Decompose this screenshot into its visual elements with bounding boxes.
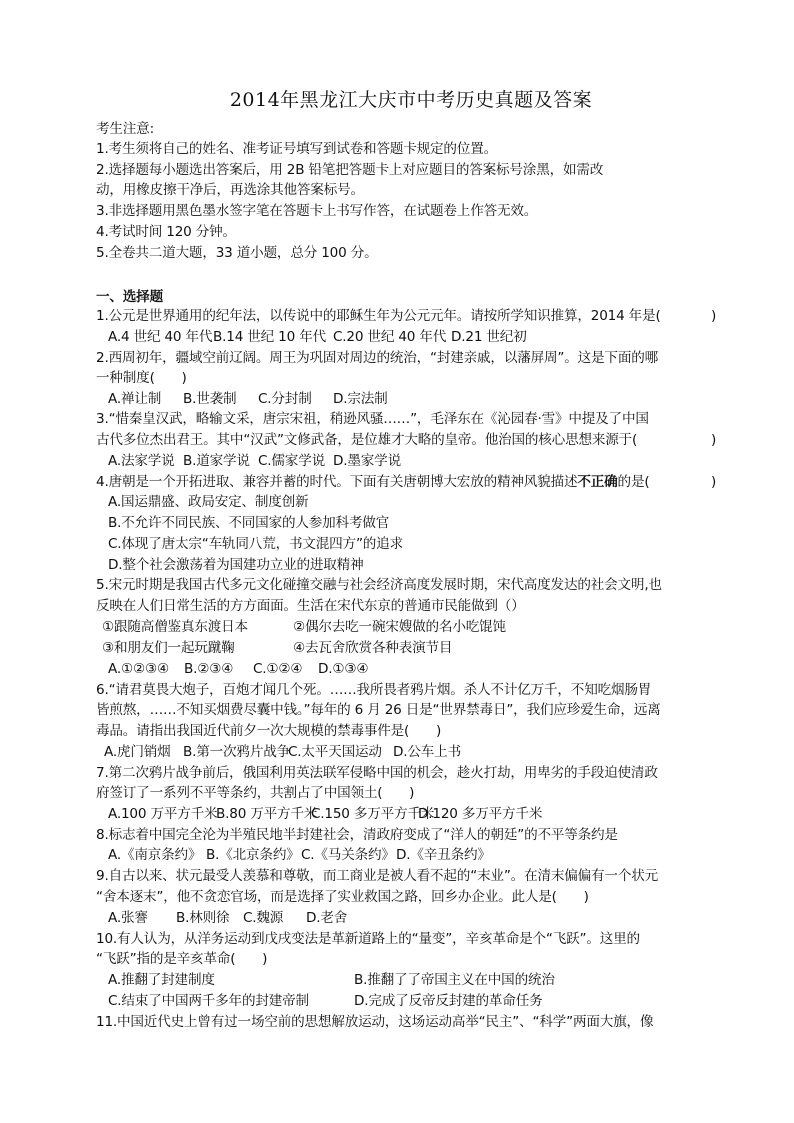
question-2-line: 2.西周初年，疆域空前辽阔。周王为巩固对周边的统治，“封建亲戚，以藩屏周”。这是… [96,348,658,368]
question-6-line: 毒品。请指出我国近代前夕一次大规模的禁毒事件是( ) [96,721,441,741]
question-10-line: “飞跃”指的是辛亥革命( ) [96,949,267,969]
document-title: 2014年黑龙江大庆市中考历史真题及答案 [96,88,726,112]
option-a: A.①②③④ [108,659,169,679]
option-d: D.墨家学说 [333,451,401,471]
question-text: 1.公元是世界通用的纪年法，以传说中的耶稣生年为公元元年。请按所学知识推算，20… [96,308,661,324]
emphasis-not-correct: 不正确 [577,474,617,490]
option-c: C.20 世纪 40 年代 [333,327,446,347]
option-c: C.太平天国运动 [288,742,382,762]
statement-3: ③和朋友们一起玩蹴鞠 [102,638,235,658]
option-a: A.禅让制 [108,389,161,409]
notice-item: 2.选择题每小题选出答案后，用 2B 铅笔把答题卡上对应题目的答案标号涂黑，如需… [96,160,603,180]
question-text: 4.唐朝是一个开拓进取、兼容并蓄的时代。下面有关唐朝博大宏放的精神风貌描述 [96,474,577,490]
option-b: B.《北京条约》 [206,845,300,865]
option-b: B.②③④ [184,659,233,679]
option-b: B.第一次鸦片战争 [183,742,290,762]
question-2-line: 一种制度( ) [96,368,187,388]
notice-item: 3.非选择题用黑色墨水签字笔在答题卡上书写作答，在试题卷上作答无效。 [96,201,537,221]
option-a: A.4 世纪 40 年代 [108,327,212,347]
option-b: B.推翻了了帝国主义在中国的统治 [354,970,555,990]
option-a: A.张謇 [108,908,148,928]
answer-paren: ) [711,306,716,326]
option-a: A.国运鼎盛、政局安定、制度创新 [108,492,309,512]
notice-item: 5.全卷共二道大题，33 道小题，总分 100 分。 [96,243,377,263]
option-a: A.推翻了封建制度 [108,970,215,990]
option-b: B.14 世纪 10 年代 [213,327,326,347]
option-b: B.世袭制 [183,389,236,409]
option-c: C.结束了中国两千多年的封建帝制 [108,991,309,1011]
answer-paren: ) [711,472,716,492]
option-a: A.虎门销烟 [104,742,171,762]
option-c: C.150 多万平方千米 [311,804,434,824]
option-d: D.老舍 [306,908,347,928]
option-d: D.120 多万平方千米 [418,804,542,824]
question-text: 古代多位杰出君王。其中“汉武”文修武备，是位雄才大略的皇帝。他治国的核心思想来源… [96,432,637,448]
question-10-line: 10.有人认为，从洋务运动到戊戌变法是革新道路上的“量变”，辛亥革命是个“飞跃”… [96,929,640,949]
statement-1: ①跟随高僧鉴真东渡日本 [102,617,248,637]
question-4: 4.唐朝是一个开拓进取、兼容并蓄的时代。下面有关唐朝博大宏放的精神风貌描述不正确… [96,472,726,492]
question-6-line: 皆煎熬，……不知买烟费尽囊中钱。”每年的 6 月 26 日是“世界禁毒日”，我们… [96,700,661,720]
question-3-line: 3.“惜秦皇汉武，略输文采，唐宗宋祖，稍逊风骚……”，毛泽东在《沁园春·雪》中提… [96,409,649,429]
question-text-tail: 的是( [618,474,650,490]
option-c: C.《马关条约》 [301,845,395,865]
question-9-line: 9.自古以来、状元最受人羡慕和尊敬，而工商业是被人看不起的“末业”。在清末偏偏有… [96,866,658,886]
option-b: B.80 万平方千米 [216,804,317,824]
option-c: C.分封制 [258,389,312,409]
option-b: B.道家学说 [183,451,250,471]
question-7-line: 府签订了一系列不平等条约，共割占了中国领土( ) [96,783,414,803]
question-1: 1.公元是世界通用的纪年法，以传说中的耶稣生年为公元元年。请按所学知识推算，20… [96,306,726,326]
option-b: B.不允许不同民族、不同国家的人参加科考做官 [108,513,389,533]
question-5-line: 5.宋元时期是我国古代多元文化碰撞交融与社会经济高度发展时期，宋代高度发达的社会… [96,575,662,595]
answer-paren: ) [711,430,716,450]
section-heading: 一、选择题 [96,287,163,307]
option-d: D.21 世纪初 [451,327,527,347]
question-5-line: 反映在人们日常生活的方方面面。生活在宋代东京的普通市民能做到（） [96,596,525,616]
option-a: A.《南京条约》 [108,845,201,865]
option-d: D.公车上书 [393,742,461,762]
notice-item: 4.考试时间 120 分钟。 [96,222,236,242]
option-c: C.魏源 [243,908,283,928]
option-b: B.林则徐 [176,908,229,928]
notice-item: 1.考生须将自己的姓名、准考证号填写到试卷和答题卡规定的位置。 [96,139,497,159]
question-3-line: 古代多位杰出君王。其中“汉武”文修武备，是位雄才大略的皇帝。他治国的核心思想来源… [96,430,726,450]
option-a: A.100 万平方千米 [108,804,217,824]
option-c: C.儒家学说 [258,451,325,471]
statement-2: ②偶尔去吃一碗宋嫂做的名小吃馄饨 [293,617,506,637]
notice-heading: 考生注意: [96,119,154,139]
option-d: D.《辛丑条约》 [396,845,491,865]
question-8-line: 8.标志着中国完全沦为半殖民地半封建社会，清政府变成了“洋人的朝廷”的不平等条约… [96,825,618,845]
option-d: D.①③④ [318,659,368,679]
option-d: D.完成了反帝反封建的革命任务 [354,991,543,1011]
question-7-line: 7.第二次鸦片战争前后，俄国利用英法联军侵略中国的机会，趁火打劫，用卑劣的手段迫… [96,763,658,783]
option-d: D.宗法制 [333,389,388,409]
option-c: C.①②④ [253,659,302,679]
question-11-line: 11.中国近代史上曾有过一场空前的思想解放运动，这场运动高举“民主”、“科学”两… [96,1012,653,1032]
question-6-line: 6.“请君莫畏大炮子，百炮才闻几个死。……我所畏者鸦片烟。杀人不计亿万千，不知吃… [96,680,651,700]
statement-4: ④去瓦舍欣赏各种表演节目 [293,638,452,658]
option-c: C.体现了唐太宗“车轨同八荒，书文混四方”的追求 [108,534,403,554]
question-9-line: “舍本逐末”，他不贪恋官场，而是选择了实业救国之路，回乡办企业。此人是( ) [96,887,589,907]
notice-item: 动，用橡皮擦干净后，再选涂其他答案标号。 [96,180,364,200]
option-a: A.法家学说 [108,451,175,471]
option-d: D.整个社会激荡着为国建功立业的进取精神 [108,555,363,575]
